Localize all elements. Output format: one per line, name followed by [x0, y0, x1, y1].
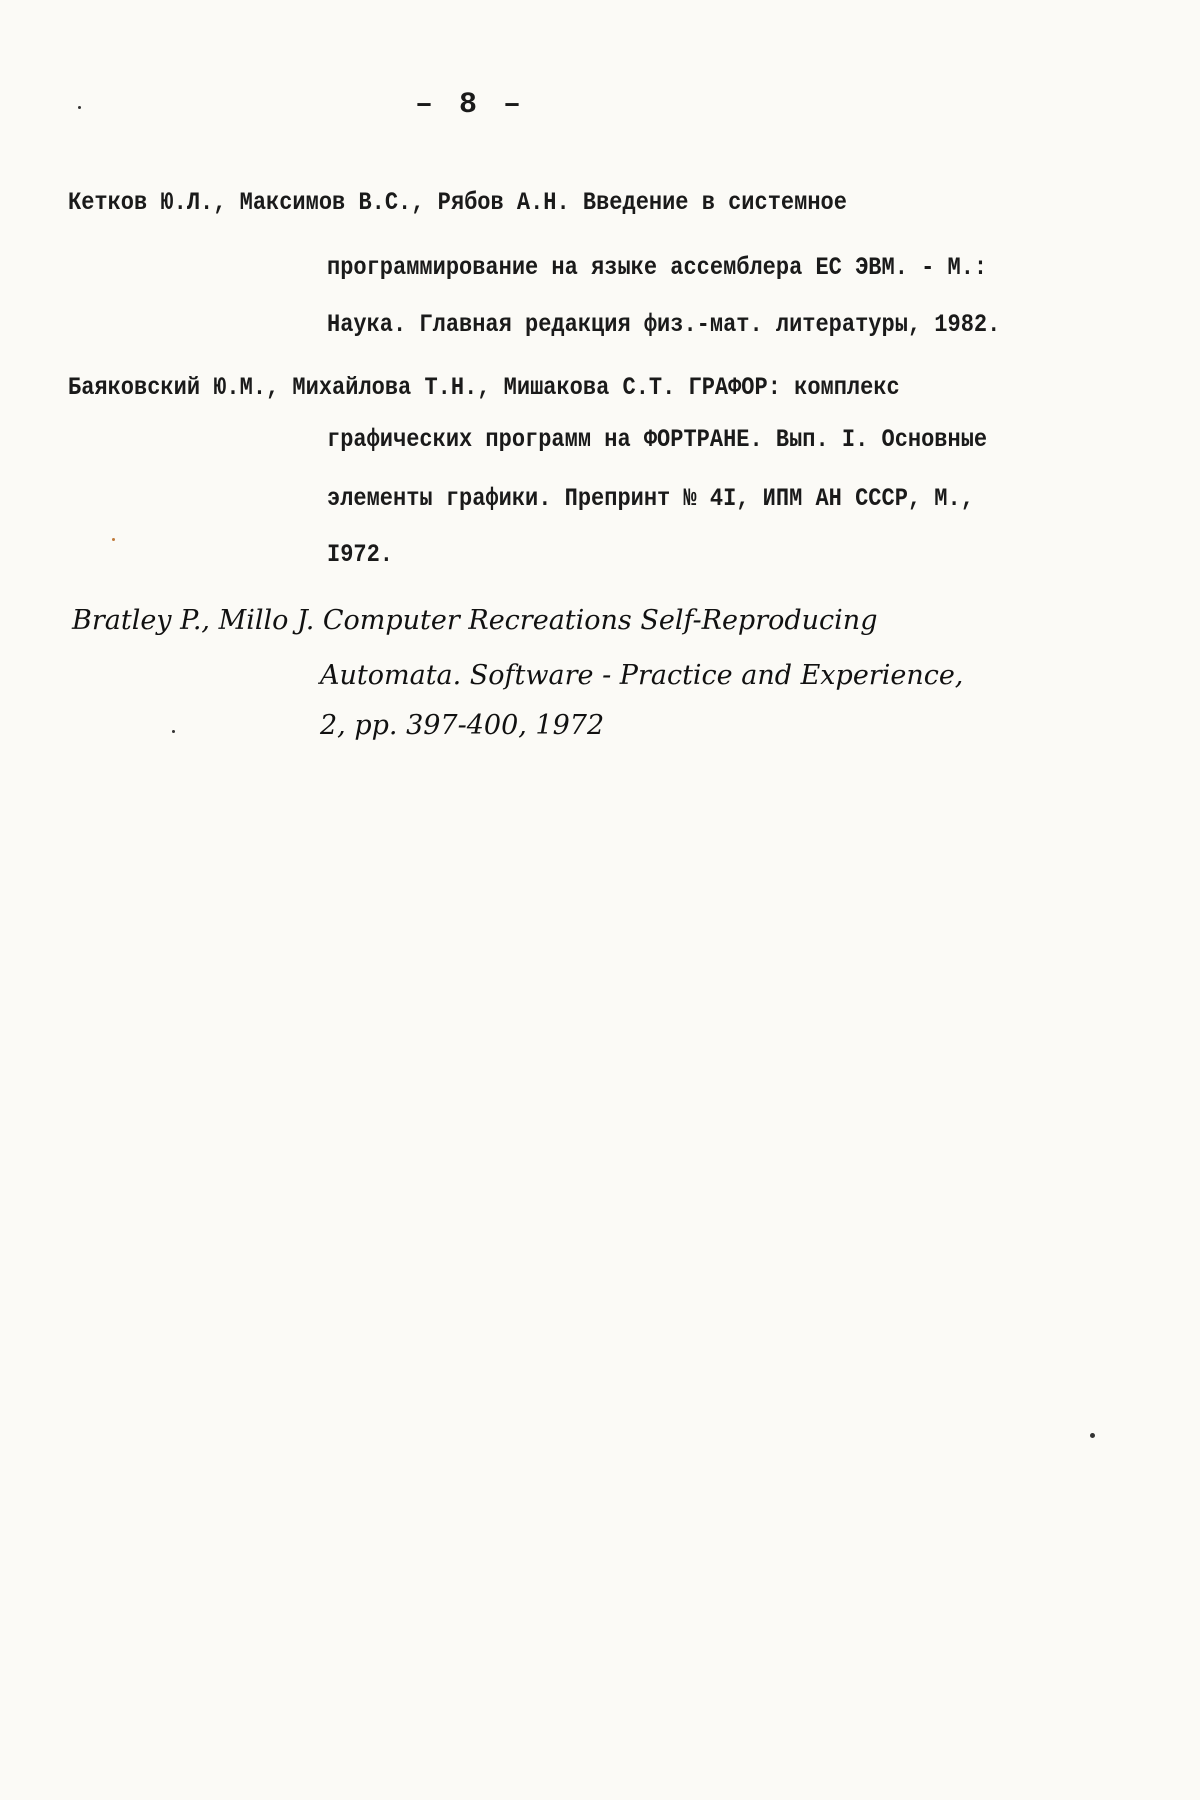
handwritten-reference-line: Bratley P., Millo J. Computer Recreation…	[72, 605, 877, 636]
reference-line: Баяковский Ю.М., Михайлова Т.Н., Мишаков…	[68, 373, 900, 402]
paper-speck	[78, 106, 81, 109]
reference-line: графических программ на ФОРТРАНЕ. Вып. I…	[327, 425, 987, 454]
paper-speck	[112, 538, 115, 541]
reference-line: программирование на языке ассемблера ЕС …	[327, 253, 987, 282]
reference-line: Наука. Главная редакция физ.-мат. литера…	[327, 310, 1000, 339]
reference-line: Кетков Ю.Л., Максимов В.С., Рябов А.Н. В…	[68, 188, 847, 217]
handwritten-reference-line: Automata. Software - Practice and Experi…	[320, 660, 963, 691]
reference-line: I972.	[327, 540, 393, 569]
page-number: – 8 –	[415, 88, 525, 122]
handwritten-reference-line: 2, pp. 397-400, 1972	[320, 710, 604, 741]
reference-line: элементы графики. Препринт № 4I, ИПМ АН …	[327, 484, 974, 513]
paper-speck	[1090, 1433, 1095, 1438]
paper-speck	[172, 730, 175, 733]
